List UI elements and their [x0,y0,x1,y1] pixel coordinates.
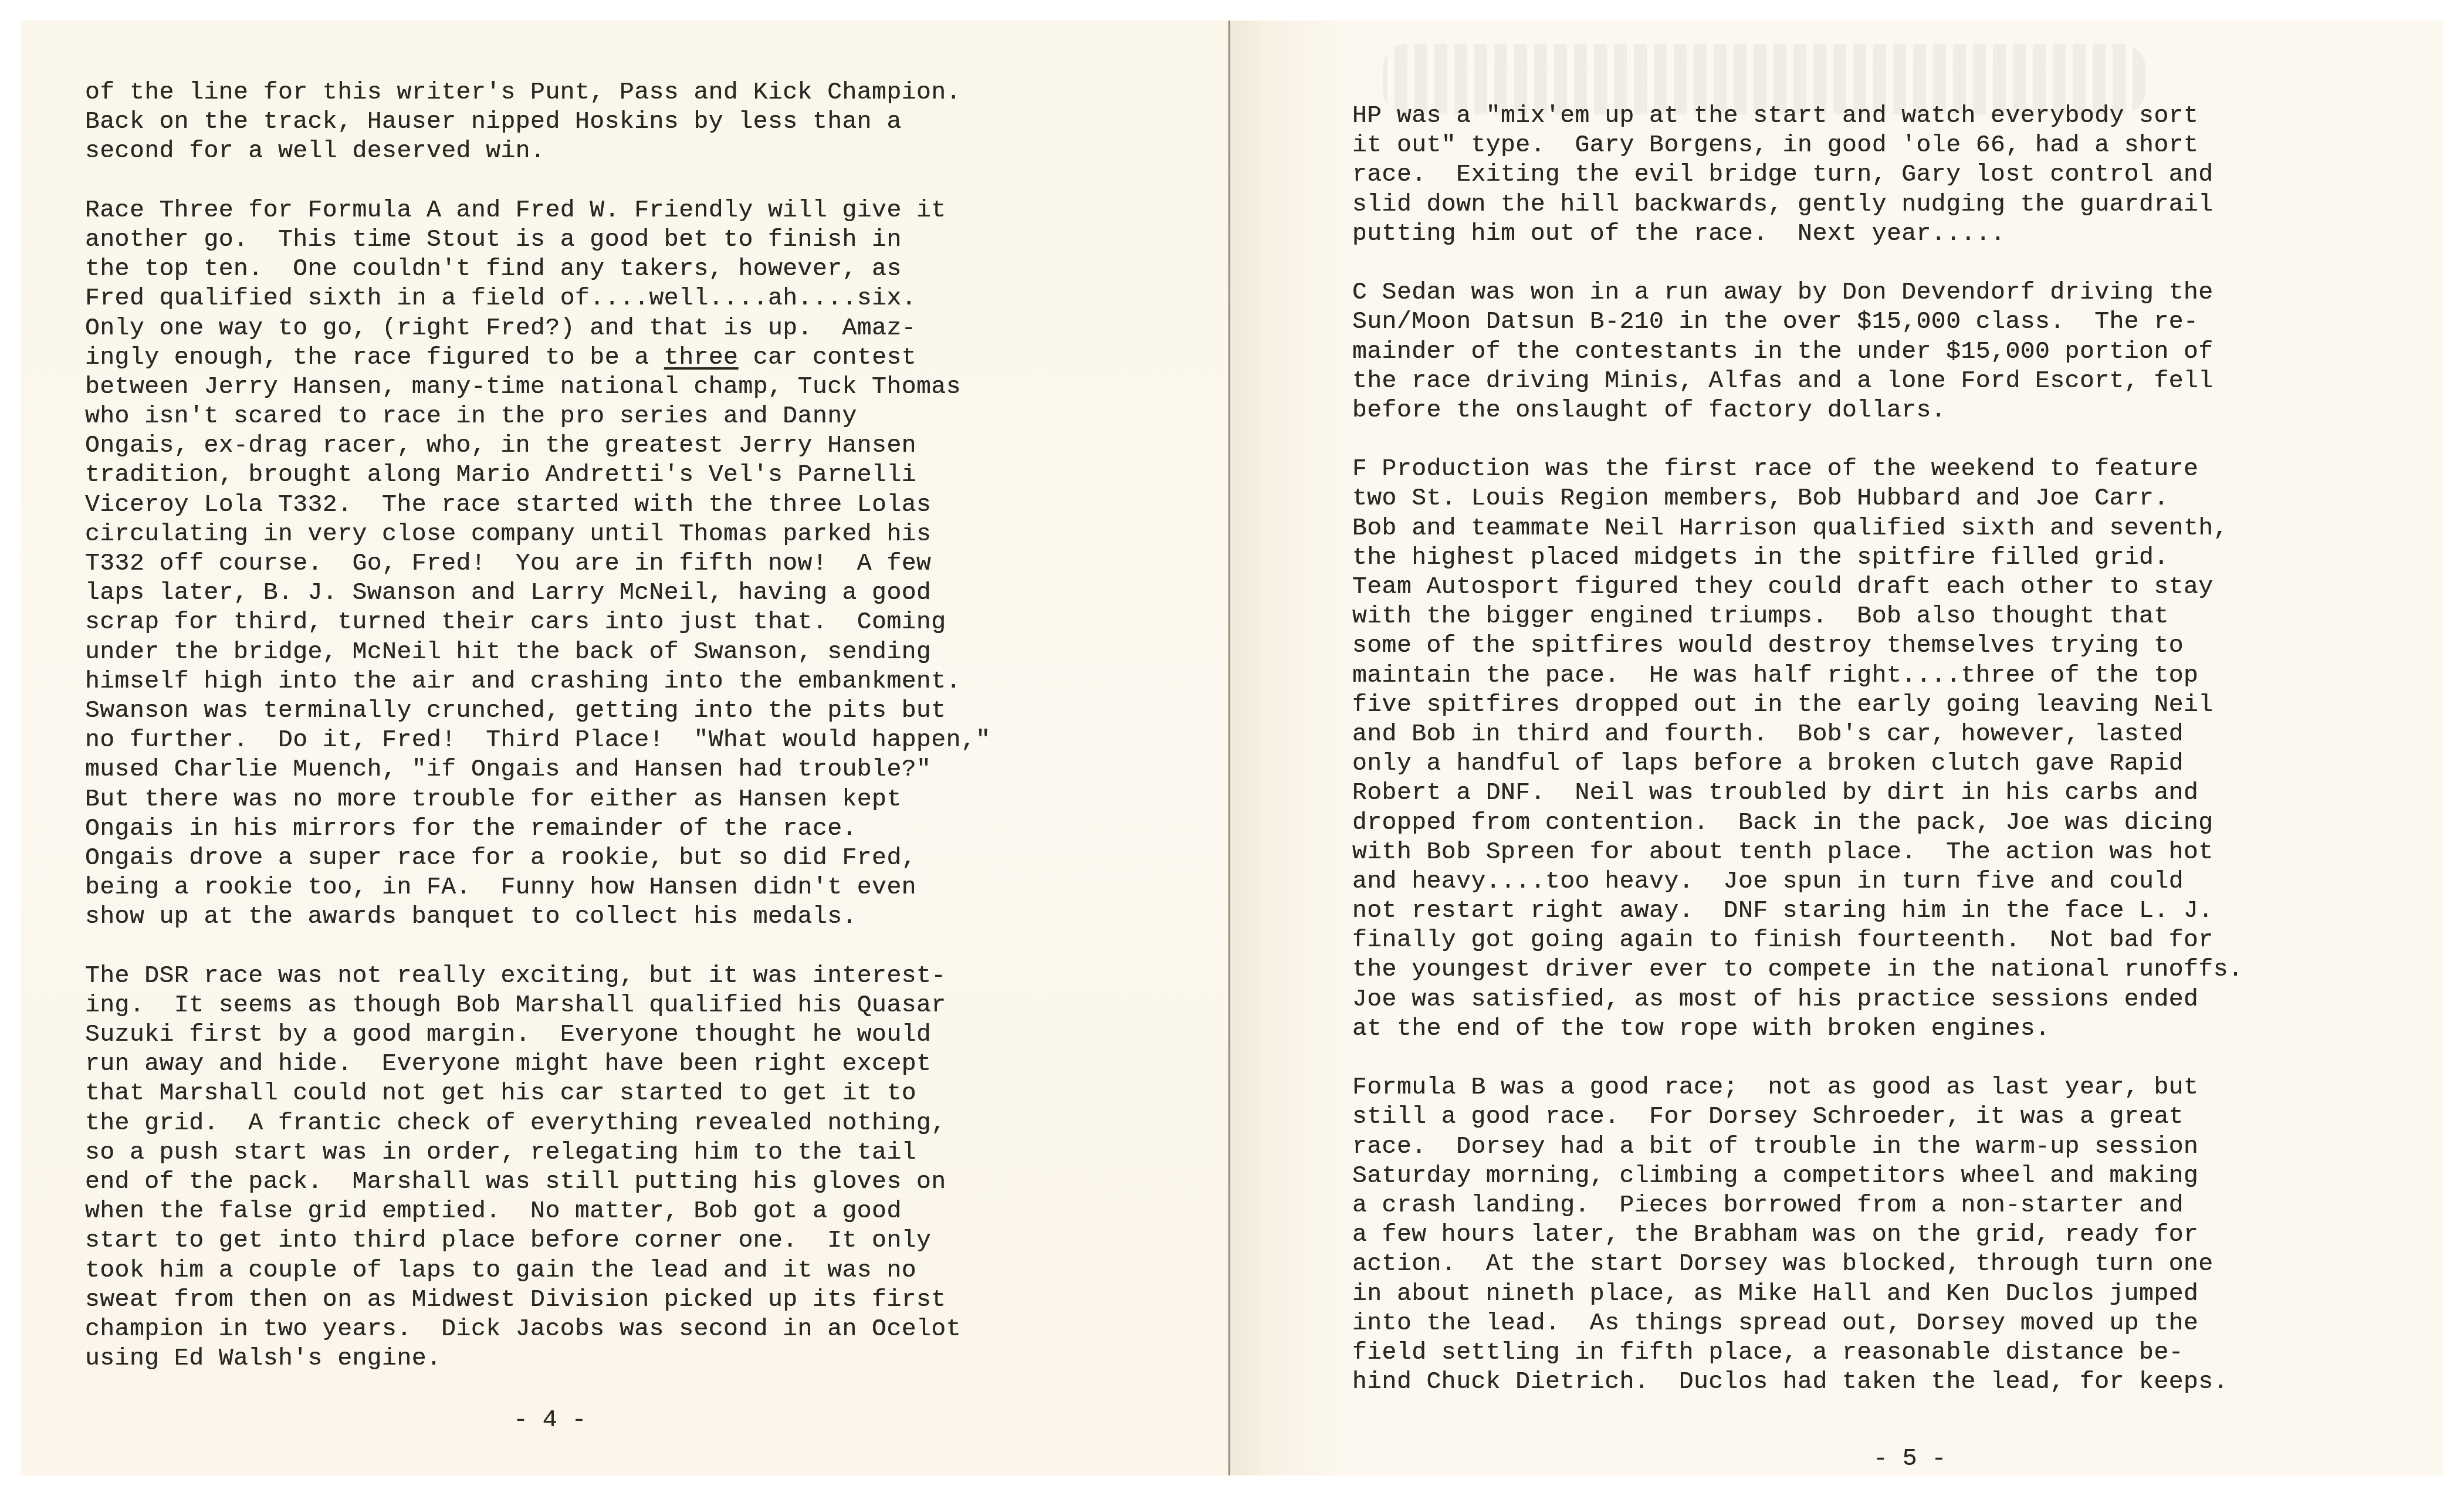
text-line: the highest placed midgets in the spitfi… [1352,543,2243,573]
paragraph: The DSR race was not really exciting, bu… [85,962,991,1374]
text-line: Swanson was terminally crunched, getting… [85,696,991,726]
text-line: and Bob in third and fourth. Bob's car, … [1352,720,2243,749]
text-line: action. At the start Dorsey was blocked,… [1352,1250,2243,1279]
text-line: T332 off course. Go, Fred! You are in fi… [85,549,991,578]
text-line: Robert a DNF. Neil was troubled by dirt … [1352,779,2243,808]
text-line: laps later, B. J. Swanson and Larry McNe… [85,578,991,608]
text-line: mused Charlie Muench, "if Ongais and Han… [85,755,991,784]
text-line: Team Autosport figured they could draft … [1352,573,2243,602]
text-line: it out" type. Gary Borgens, in good 'ole… [1352,131,2243,160]
paragraph: of the line for this writer's Punt, Pass… [85,78,991,167]
underlined-emphasis: three [664,344,739,371]
text-line: field settling in fifth place, a reasona… [1352,1338,2243,1368]
text-line: took him a couple of laps to gain the le… [85,1256,991,1285]
text-line: ing. It seems as though Bob Marshall qua… [85,991,991,1020]
text-line: Race Three for Formula A and Fred W. Fri… [85,196,991,225]
text-line: the grid. A frantic check of everything … [85,1109,991,1138]
text-line: But there was no more trouble for either… [85,785,991,814]
text-line: champion in two years. Dick Jacobs was s… [85,1315,991,1344]
text-line: and heavy....too heavy. Joe spun in turn… [1352,867,2243,896]
text-line: sweat from then on as Midwest Division p… [85,1285,991,1315]
text-line: Suzuki first by a good margin. Everyone … [85,1020,991,1050]
text-line: only a handful of laps before a broken c… [1352,749,2243,779]
text-line: slid down the hill backwards, gently nud… [1352,190,2243,219]
text-line: being a rookie too, in FA. Funny how Han… [85,873,991,902]
text-line: two St. Louis Region members, Bob Hubbar… [1352,484,2243,513]
text-line: Bob and teammate Neil Harrison qualified… [1352,514,2243,543]
text-line: Ongais drove a super race for a rookie, … [85,844,991,873]
text-line: mainder of the contestants in the under … [1352,337,2243,367]
page-4-body: of the line for this writer's Punt, Pass… [85,78,991,1403]
text-line: when the false grid emptied. No matter, … [85,1197,991,1226]
text-line: Sun/Moon Datsun B-210 in the over $15,00… [1352,307,2243,337]
page-5-body: HP was a "mix'em up at the start and wat… [1352,101,2243,1426]
text-line: Joe was satisfied, as most of his practi… [1352,985,2243,1014]
paragraph: HP was a "mix'em up at the start and wat… [1352,101,2243,249]
text-line: into the lead. As things spread out, Dor… [1352,1309,2243,1338]
text-line: five spitfires dropped out in the early … [1352,691,2243,720]
text-line: that Marshall could not get his car star… [85,1079,991,1108]
paragraph: C Sedan was won in a run away by Don Dev… [1352,278,2243,425]
text-line: so a push start was in order, relegating… [85,1138,991,1167]
text-line: a crash landing. Pieces borrowed from a … [1352,1191,2243,1220]
paragraph: Race Three for Formula A and Fred W. Fri… [85,196,991,932]
text-line: the youngest driver ever to compete in t… [1352,955,2243,984]
text-line: the top ten. One couldn't find any taker… [85,255,991,284]
text-line: second for a well deserved win. [85,137,991,166]
text-line: Saturday morning, climbing a competitors… [1352,1162,2243,1191]
text-line: Formula B was a good race; not as good a… [1352,1073,2243,1102]
text-line: circulating in very close company until … [85,520,991,549]
text-line: F Production was the first race of the w… [1352,455,2243,484]
text-line: Fred qualified sixth in a field of....we… [85,284,991,313]
text-line: start to get into third place before cor… [85,1226,991,1255]
page-number-4: - 4 - [513,1406,587,1434]
text-line: The DSR race was not really exciting, bu… [85,962,991,991]
text-line: who isn't scared to race in the pro seri… [85,402,991,431]
text-line: some of the spitfires would destroy them… [1352,631,2243,661]
text-line: Only one way to go, (right Fred?) and th… [85,314,991,343]
text-line: end of the pack. Marshall was still putt… [85,1167,991,1197]
text-line: using Ed Walsh's engine. [85,1344,991,1373]
newsletter-spread: of the line for this writer's Punt, Pass… [21,21,2443,1475]
text-line: C Sedan was won in a run away by Don Dev… [1352,278,2243,307]
page-number-5: - 5 - [1873,1445,1947,1473]
text-line: not restart right away. DNF staring him … [1352,896,2243,926]
text-line: putting him out of the race. Next year..… [1352,219,2243,249]
text-line: between Jerry Hansen, many-time national… [85,373,991,402]
text-line: HP was a "mix'em up at the start and wat… [1352,101,2243,131]
text-line: a few hours later, the Brabham was on th… [1352,1220,2243,1250]
text-line: ingly enough, the race figured to be a t… [85,343,991,373]
text-line: show up at the awards banquet to collect… [85,902,991,932]
text-line: tradition, brought along Mario Andretti'… [85,461,991,490]
page-4: of the line for this writer's Punt, Pass… [21,21,1229,1475]
text-line: dropped from contention. Back in the pac… [1352,808,2243,838]
text-line: Viceroy Lola T332. The race started with… [85,490,991,520]
text-line: under the bridge, McNeil hit the back of… [85,638,991,667]
text-line: at the end of the tow rope with broken e… [1352,1014,2243,1044]
text-line: of the line for this writer's Punt, Pass… [85,78,991,107]
text-line: the race driving Minis, Alfas and a lone… [1352,367,2243,396]
paragraph: F Production was the first race of the w… [1352,455,2243,1044]
text-line: with Bob Spreen for about tenth place. T… [1352,838,2243,867]
paragraph: Formula B was a good race; not as good a… [1352,1073,2243,1397]
text-line: scrap for third, turned their cars into … [85,608,991,637]
text-line: Ongais in his mirrors for the remainder … [85,814,991,844]
text-line: another go. This time Stout is a good be… [85,225,991,255]
text-line: Ongais, ex-drag racer, who, in the great… [85,431,991,461]
text-line: Back on the track, Hauser nipped Hoskins… [85,107,991,137]
text-line: run away and hide. Everyone might have b… [85,1050,991,1079]
text-line: hind Chuck Dietrich. Duclos had taken th… [1352,1368,2243,1397]
text-line: before the onslaught of factory dollars. [1352,396,2243,425]
text-line: no further. Do it, Fred! Third Place! "W… [85,726,991,755]
text-line: race. Exiting the evil bridge turn, Gary… [1352,160,2243,189]
text-line: with the bigger engined triumps. Bob als… [1352,602,2243,631]
text-line: himself high into the air and crashing i… [85,667,991,696]
text-line: in about nineth place, as Mike Hall and … [1352,1280,2243,1309]
text-line: finally got going again to finish fourte… [1352,926,2243,955]
text-line: still a good race. For Dorsey Schroeder,… [1352,1102,2243,1132]
text-line: race. Dorsey had a bit of trouble in the… [1352,1132,2243,1162]
page-5: HP was a "mix'em up at the start and wat… [1230,21,2443,1475]
text-line: maintain the pace. He was half right....… [1352,661,2243,691]
